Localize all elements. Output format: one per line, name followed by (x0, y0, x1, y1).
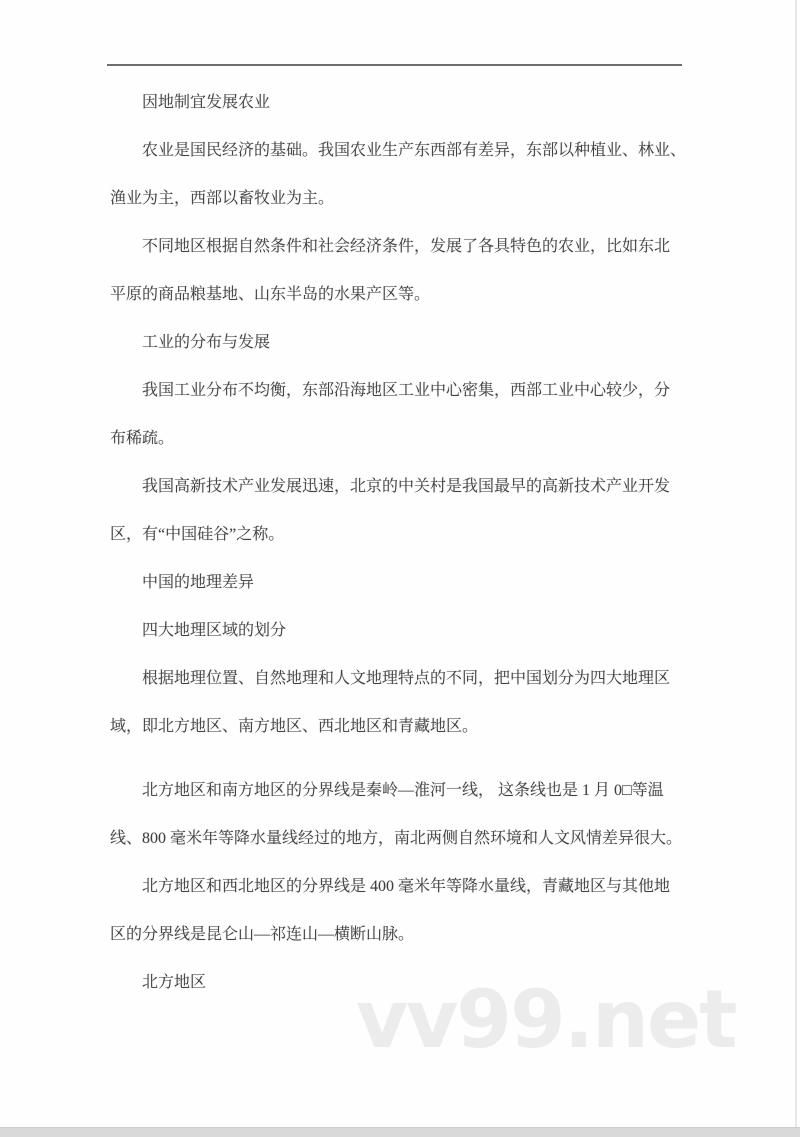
page-bottom-edge (0, 1127, 800, 1137)
paragraph: 我国高新技术产业发展迅速，北京的中关村是我国最早的高新技术产业开发 区，有“中国… (110, 463, 694, 559)
page-right-edge (795, 0, 797, 1137)
section-heading: 北方地区 (110, 959, 694, 1007)
document-page: 因地制宜发展农业农业是国民经济的基础。我国农业生产东西部有差异，东部以种植业、林… (0, 0, 800, 1137)
paragraph: 不同地区根据自然条件和社会经济条件，发展了各具特色的农业，比如东北 平原的商品粮… (110, 223, 694, 319)
paragraph: 北方地区和西北地区的分界线是 400 毫米年等降水量线，青藏地区与其他地 区的分… (110, 863, 694, 959)
section-heading: 四大地理区域的划分 (110, 607, 694, 655)
document-body: 因地制宜发展农业农业是国民经济的基础。我国农业生产东西部有差异，东部以种植业、林… (110, 79, 694, 1007)
paragraph: 北方地区和南方地区的分界线是秦岭—淮河一线， 这条线也是 1 月 0□等温 线、… (110, 767, 694, 863)
paragraph: 农业是国民经济的基础。我国农业生产东西部有差异，东部以种植业、林业、 渔业为主，… (110, 127, 694, 223)
paragraph: 根据地理位置、自然地理和人文地理特点的不同，把中国划分为四大地理区 域，即北方地… (110, 655, 694, 751)
section-heading: 因地制宜发展农业 (110, 79, 694, 127)
section-heading: 中国的地理差异 (110, 559, 694, 607)
section-heading: 工业的分布与发展 (110, 319, 694, 367)
paragraph: 我国工业分布不均衡，东部沿海地区工业中心密集，西部工业中心较少，分 布稀疏。 (110, 367, 694, 463)
header-rule (107, 64, 682, 66)
